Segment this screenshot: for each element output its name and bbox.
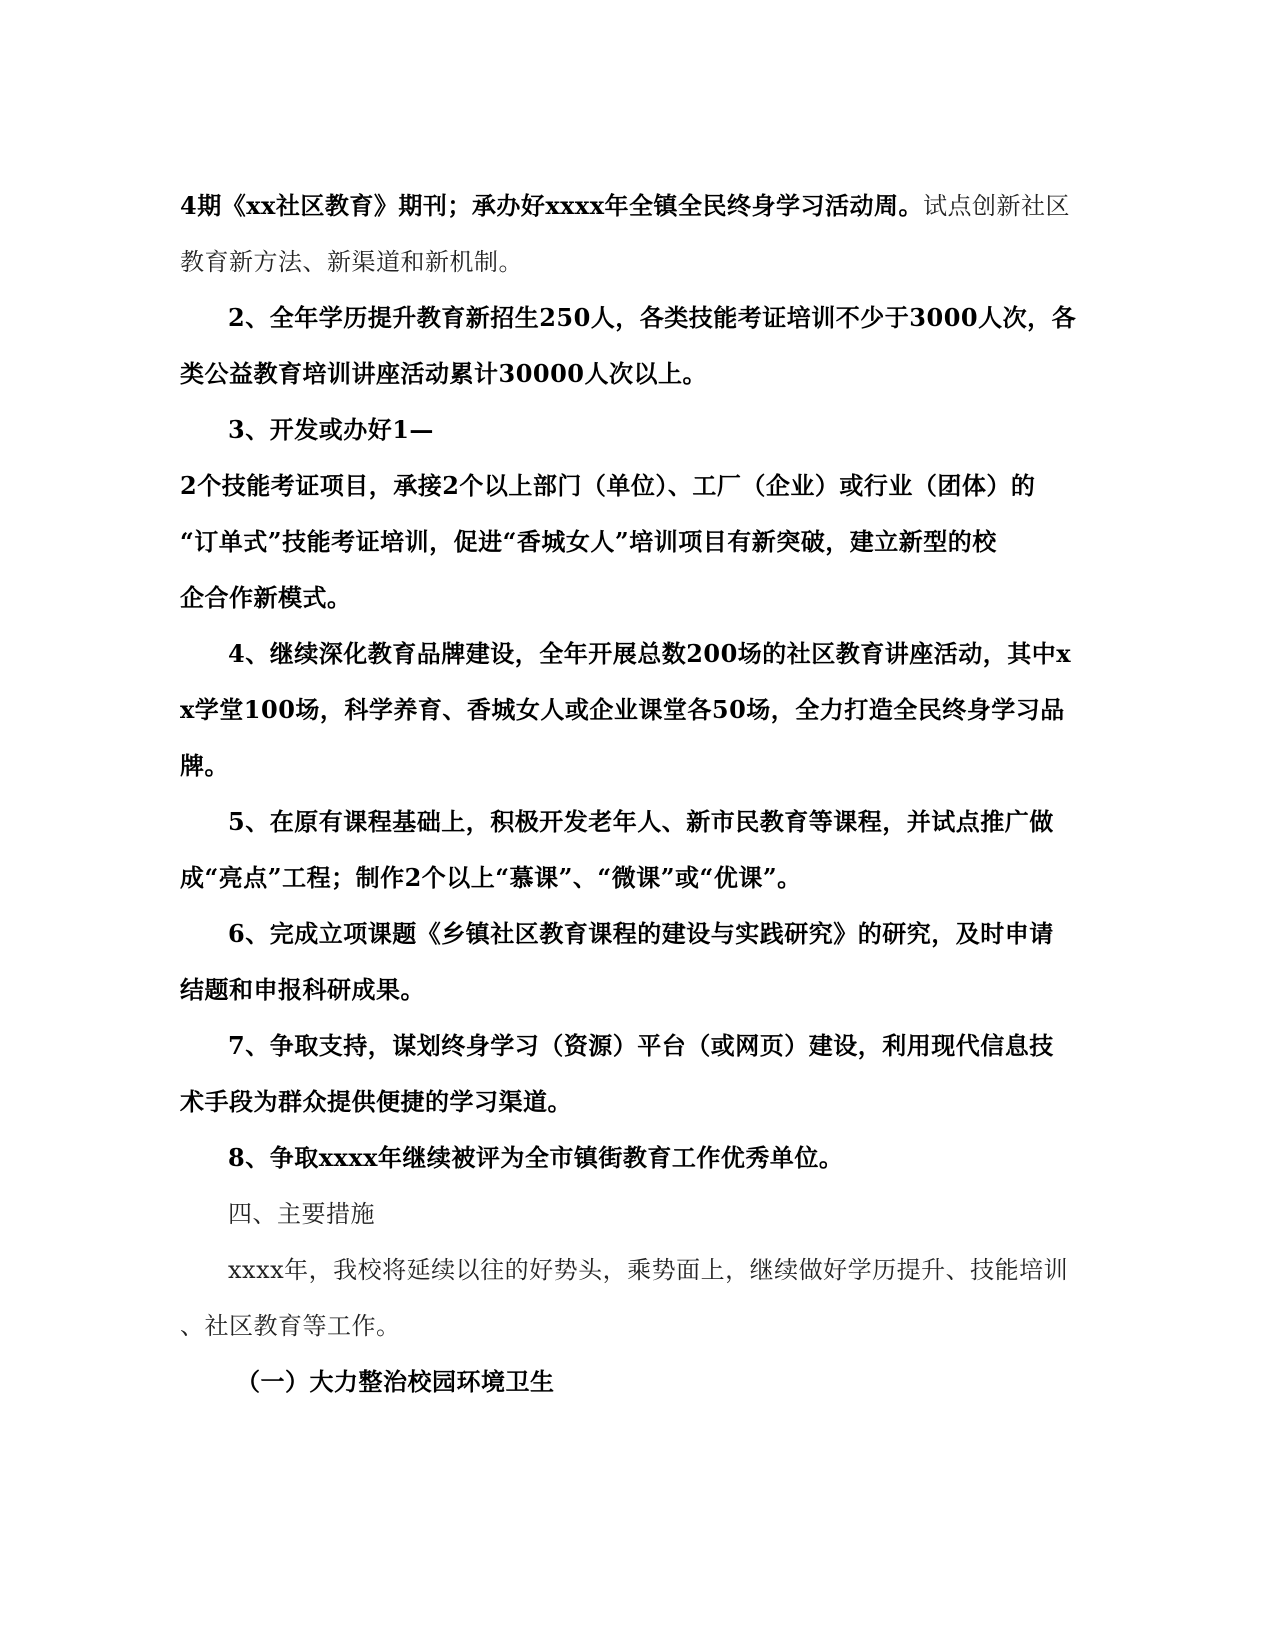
list-item-2-cont: 类公益教育培训讲座活动累计30000人次以上。 [180,358,707,390]
list-item-8: 8、争取xxxx年继续被评为全市镇街教育工作优秀单位。 [228,1142,843,1174]
list-item-6: 6、完成立项课题《乡镇社区教育课程的建设与实践研究》的研究，及时申请 [228,918,1054,950]
paragraph-line: xxxx年，我校将延续以往的好势头，乘势面上，继续做好学历提升、技能培训 [228,1254,1068,1286]
list-item-5: 5、在原有课程基础上，积极开发老年人、新市民教育等课程，并试点推广做 [228,806,1054,838]
list-item-7: 7、争取支持，谋划终身学习（资源）平台（或网页）建设，利用现代信息技 [228,1030,1054,1062]
text-bold: 4期《xx社区教育》期刊；承办好xxxx年全镇全民终身学习活动周。 [180,191,923,220]
list-item-7-cont: 术手段为群众提供便捷的学习渠道。 [180,1086,572,1118]
paragraph-line: 教育新方法、新渠道和新机制。 [180,246,523,278]
document-page: 4期《xx社区教育》期刊；承办好xxxx年全镇全民终身学习活动周。试点创新社区 … [0,0,1275,1650]
list-item-4-cont: 牌。 [180,750,229,782]
list-item-5-cont: 成“亮点”工程；制作2个以上“慕课”、“微课”或“优课”。 [180,862,802,894]
paragraph-line: 、社区教育等工作。 [180,1310,401,1342]
subsection-heading: （一）大力整治校园环境卫生 [236,1366,555,1398]
list-item-4: 4、继续深化教育品牌建设，全年开展总数200场的社区教育讲座活动，其中x [228,638,1071,670]
paragraph-line: 4期《xx社区教育》期刊；承办好xxxx年全镇全民终身学习活动周。试点创新社区 [180,190,1070,222]
list-item-6-cont: 结题和申报科研成果。 [180,974,425,1006]
list-item-2: 2、全年学历提升教育新招生250人，各类技能考证培训不少于3000人次，各 [228,302,1076,334]
list-item-4-cont: x学堂100场，科学养育、香城女人或企业课堂各50场，全力打造全民终身学习品 [180,694,1065,726]
list-item-3: 3、开发或办好1— [228,414,434,446]
list-item-3-cont: 企合作新模式。 [180,582,352,614]
list-item-3-cont: 2个技能考证项目，承接2个以上部门（单位）、工厂（企业）或行业（团体）的 [180,470,1035,502]
text-light: 试点创新社区 [923,192,1070,220]
section-heading: 四、主要措施 [228,1198,375,1230]
list-item-3-cont: “订单式”技能考证培训，促进“香城女人”培训项目有新突破，建立新型的校 [180,526,997,558]
